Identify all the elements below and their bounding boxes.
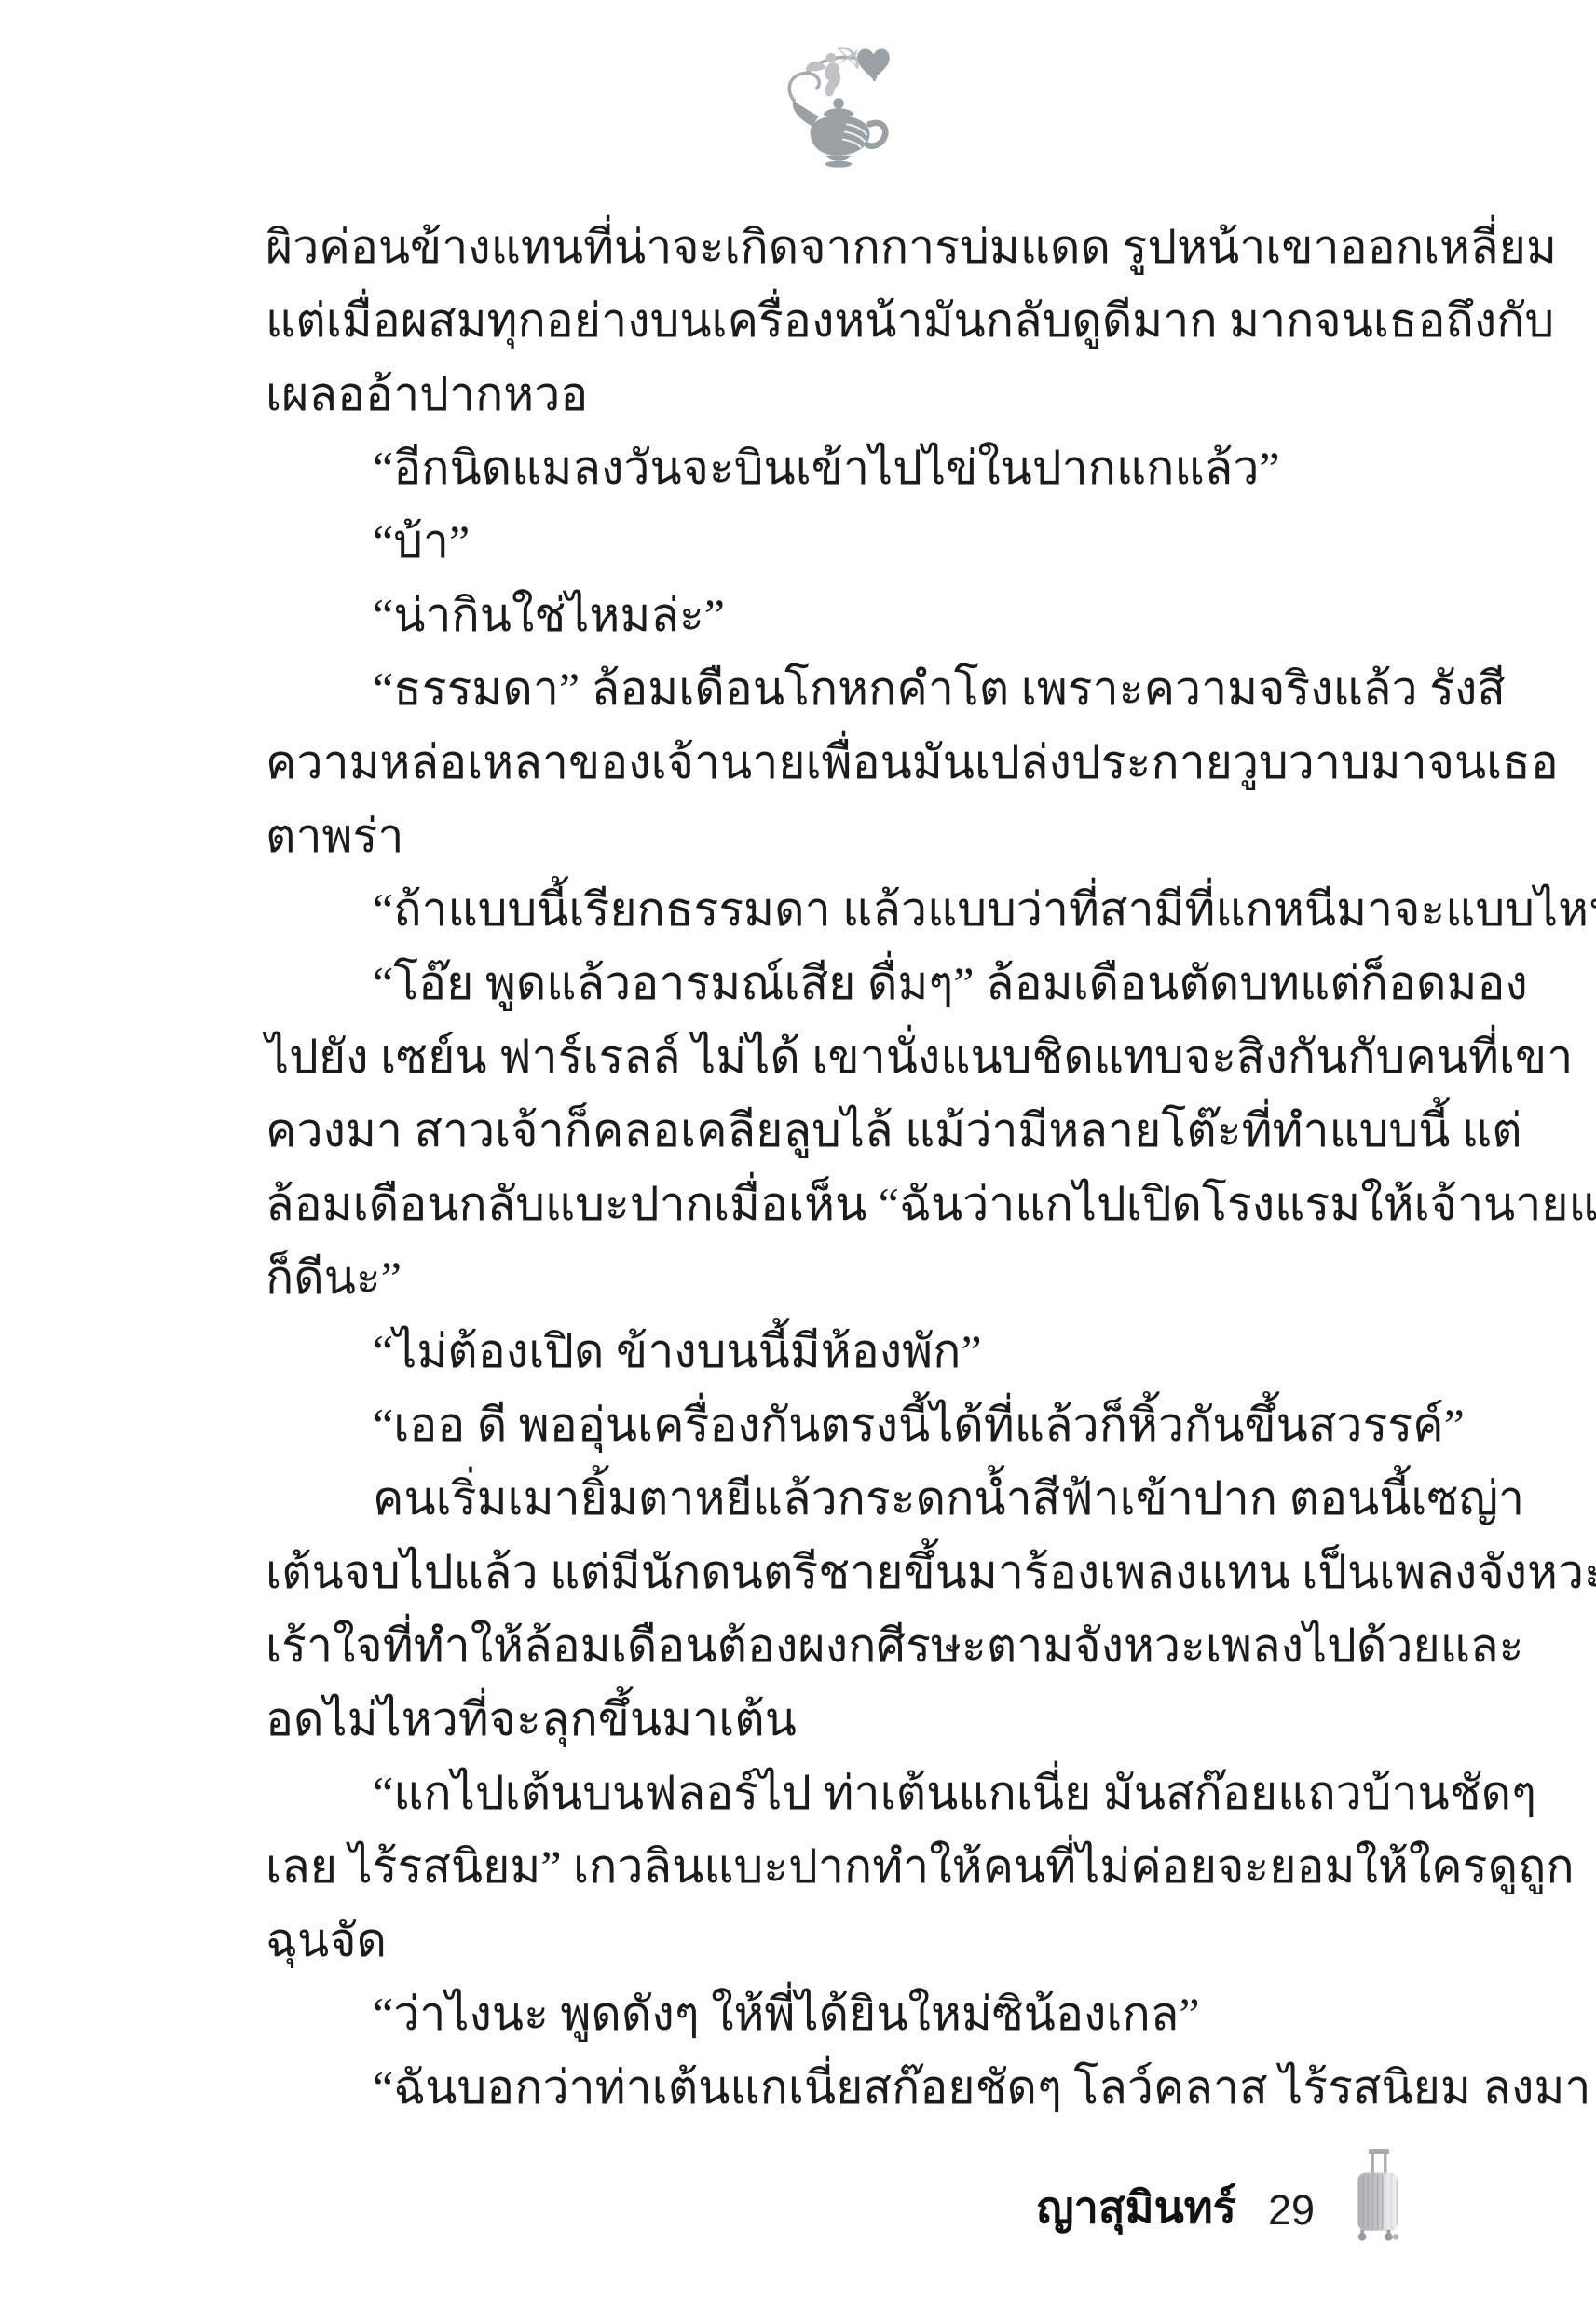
text-line: “ว่าไงนะ พูดดังๆ ให้พี่ได้ยินใหม่ซิน้องเ… [266, 1977, 1463, 2051]
text-line: ควงมา สาวเจ้าก็คลอเคลียลูบไล้ แม้ว่ามีหล… [266, 1094, 1463, 1168]
text-line: ความหล่อเหลาของเจ้านายเพื่อนมันเปล่งประก… [266, 726, 1463, 800]
luggage-suitcase-icon [1354, 2149, 1404, 2242]
text-line: “เออ ดี พออุ่นเครื่องกันตรงนี้ได้ที่แล้ว… [266, 1388, 1463, 1462]
text-line: คนเริ่มเมายิ้มตาหยีแล้วกระดกน้ำสีฟ้าเข้า… [266, 1462, 1463, 1536]
text-line: เลย ไร้รสนิยม” เกวลินแบะปากทำให้คนที่ไม่… [266, 1830, 1463, 1904]
text-line: แต่เมื่อผสมทุกอย่างบนเครื่องหน้ามันกลับด… [266, 284, 1463, 358]
text-line: “ฉันบอกว่าท่าเต้นแกเนี่ยสก๊อยชัดๆ โลว์คล… [266, 2051, 1463, 2125]
cupid-genie-lamp-icon [781, 41, 896, 173]
text-line: “น่ากินใช่ไหมล่ะ” [266, 579, 1463, 652]
text-line: เผลออ้าปากหวอ [266, 358, 1463, 431]
text-line: ล้อมเดือนกลับแบะปากเมื่อเห็น “ฉันว่าแกไป… [266, 1168, 1463, 1241]
text-line: “ไม่ต้องเปิด ข้างบนนี้มีห้องพัก” [266, 1315, 1463, 1388]
text-line: ฉุนจัด [266, 1904, 1463, 1977]
text-block: ผิวค่อนข้างแทนที่น่าจะเกิดจากการบ่มแดด ร… [266, 211, 1463, 2125]
page-number: 29 [1268, 2189, 1315, 2242]
text-line: ก็ดีนะ” [266, 1241, 1463, 1315]
text-line: ไปยัง เซย์น ฟาร์เรลล์ ไม่ได้ เขานั่งแนบช… [266, 1020, 1463, 1094]
text-line: ผิวค่อนข้างแทนที่น่าจะเกิดจากการบ่มแดด ร… [266, 211, 1463, 284]
text-line: ตาพร่า [266, 800, 1463, 873]
author-name: ญาสุมินทร์ [1036, 2187, 1235, 2242]
book-page: ผิวค่อนข้างแทนที่น่าจะเกิดจากการบ่มแดด ร… [0, 0, 1596, 2311]
page-footer: ญาสุมินทร์ 29 [1036, 2149, 1404, 2242]
text-line: เร้าใจที่ทำให้ล้อมเดือนต้องผงกศีรษะตามจั… [266, 1609, 1463, 1683]
text-line: “ถ้าแบบนี้เรียกธรรมดา แล้วแบบว่าที่สามีท… [266, 873, 1463, 947]
text-line: “ธรรมดา” ล้อมเดือนโกหกคำโต เพราะความจริง… [266, 652, 1463, 726]
text-line: “แกไปเต้นบนฟลอร์ไป ท่าเต้นแกเนี่ย มันสก๊… [266, 1757, 1463, 1830]
text-line: “โอ๊ย พูดแล้วอารมณ์เสีย ดื่มๆ” ล้อมเดือน… [266, 947, 1463, 1020]
text-line: “บ้า” [266, 505, 1463, 579]
text-line: เต้นจบไปแล้ว แต่มีนักดนตรีชายขึ้นมาร้องเ… [266, 1536, 1463, 1609]
text-line: อดไม่ไหวที่จะลุกขึ้นมาเต้น [266, 1683, 1463, 1757]
text-line: “อีกนิดแมลงวันจะบินเข้าไปไข่ในปากแกแล้ว” [266, 431, 1463, 505]
